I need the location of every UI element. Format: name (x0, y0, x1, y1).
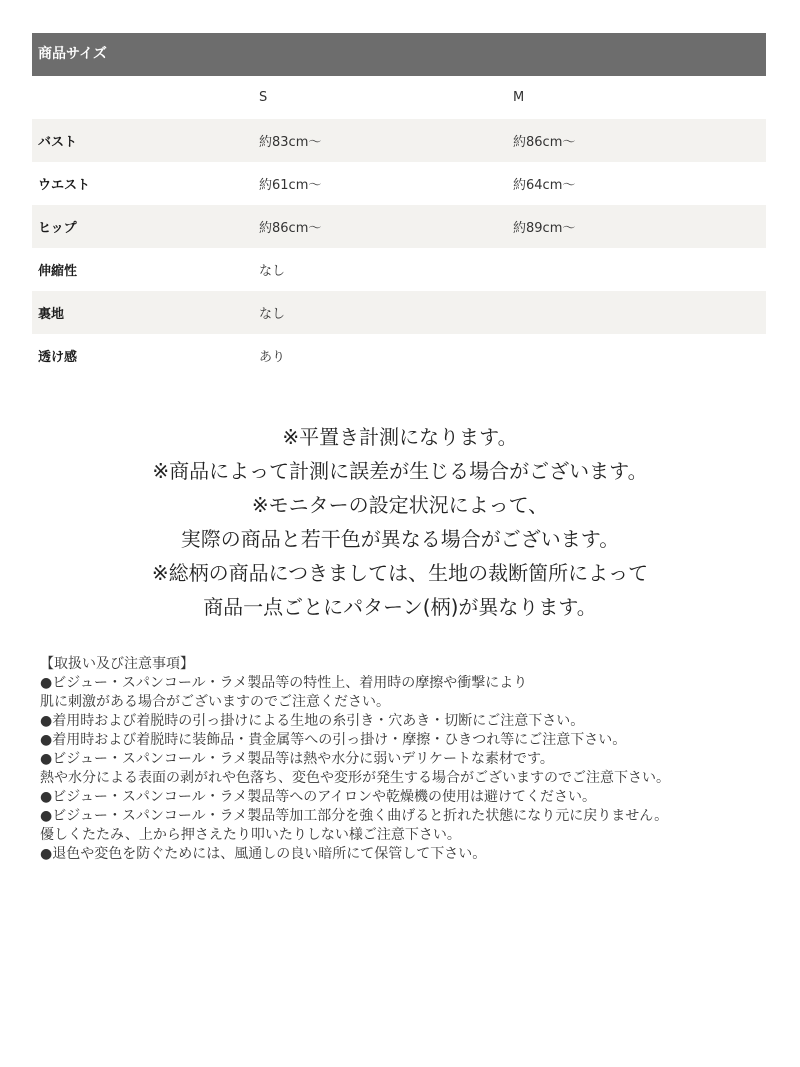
row-value-s: 約86cm～ (259, 217, 513, 236)
row-value-m: 約86cm～ (513, 131, 766, 150)
note-line: 商品一点ごとにパターン(柄)が異なります。 (0, 590, 800, 624)
care-line: ●退色や変色を防ぐためには、風通しの良い暗所にて保管して下さい。 (40, 845, 780, 864)
row-value-s: あり (259, 346, 513, 365)
note-line: ※商品によって計測に誤差が生じる場合がございます。 (0, 454, 800, 488)
size-header-row: S M (32, 76, 766, 119)
row-value-s: なし (259, 303, 513, 322)
care-line: ●ビジュー・スパンコール・ラメ製品等へのアイロンや乾燥機の使用は避けてください。 (40, 788, 780, 807)
size-table: 商品サイズ S M バスト 約83cm～ 約86cm～ ウエスト 約61cm～ … (32, 33, 766, 377)
row-label: 透け感 (32, 346, 259, 365)
care-line: 肌に刺激がある場合がございますのでご注意ください。 (40, 693, 780, 712)
row-label: ヒップ (32, 217, 259, 236)
measurement-notes: ※平置き計測になります。 ※商品によって計測に誤差が生じる場合がございます。 ※… (0, 420, 800, 624)
care-line: 優しくたたみ、上から押さえたり叩いたりしない様ご注意下さい。 (40, 826, 780, 845)
table-row-bust: バスト 約83cm～ 約86cm～ (32, 119, 766, 162)
row-label: ウエスト (32, 174, 259, 193)
note-line: ※モニターの設定状況によって、 (0, 488, 800, 522)
note-line: 実際の商品と若干色が異なる場合がございます。 (0, 522, 800, 556)
note-line: ※平置き計測になります。 (0, 420, 800, 454)
care-instructions: 【取扱い及び注意事項】 ●ビジュー・スパンコール・ラメ製品等の特性上、着用時の摩… (40, 655, 780, 864)
care-line: ●着用時および着脱時に装飾品・貴金属等への引っ掛け・摩擦・ひきつれ等にご注意下さ… (40, 731, 780, 750)
care-line: ●着用時および着脱時の引っ掛けによる生地の糸引き・穴あき・切断にご注意下さい。 (40, 712, 780, 731)
table-row-lining: 裏地 なし (32, 291, 766, 334)
care-heading: 【取扱い及び注意事項】 (40, 655, 780, 674)
care-line: 熱や水分による表面の剥がれや色落ち、変色や変形が発生する場合がございますのでご注… (40, 769, 780, 788)
care-line: ●ビジュー・スパンコール・ラメ製品等加工部分を強く曲げると折れた状態になり元に戻… (40, 807, 780, 826)
care-line: ●ビジュー・スパンコール・ラメ製品等の特性上、着用時の摩擦や衝撃により (40, 674, 780, 693)
row-label: 裏地 (32, 303, 259, 322)
column-header-m: M (513, 90, 766, 105)
table-row-sheerness: 透け感 あり (32, 334, 766, 377)
row-value-m: 約64cm～ (513, 174, 766, 193)
size-table-title: 商品サイズ (32, 33, 766, 76)
row-label: バスト (32, 131, 259, 150)
row-value-s: 約83cm～ (259, 131, 513, 150)
row-value-s: なし (259, 260, 513, 279)
column-header-s: S (259, 90, 513, 105)
table-row-waist: ウエスト 約61cm～ 約64cm～ (32, 162, 766, 205)
row-label: 伸縮性 (32, 260, 259, 279)
table-row-hip: ヒップ 約86cm～ 約89cm～ (32, 205, 766, 248)
table-row-stretch: 伸縮性 なし (32, 248, 766, 291)
row-value-s: 約61cm～ (259, 174, 513, 193)
note-line: ※総柄の商品につきましては、生地の裁断箇所によって (0, 556, 800, 590)
row-value-m: 約89cm～ (513, 217, 766, 236)
care-line: ●ビジュー・スパンコール・ラメ製品等は熱や水分に弱いデリケートな素材です。 (40, 750, 780, 769)
